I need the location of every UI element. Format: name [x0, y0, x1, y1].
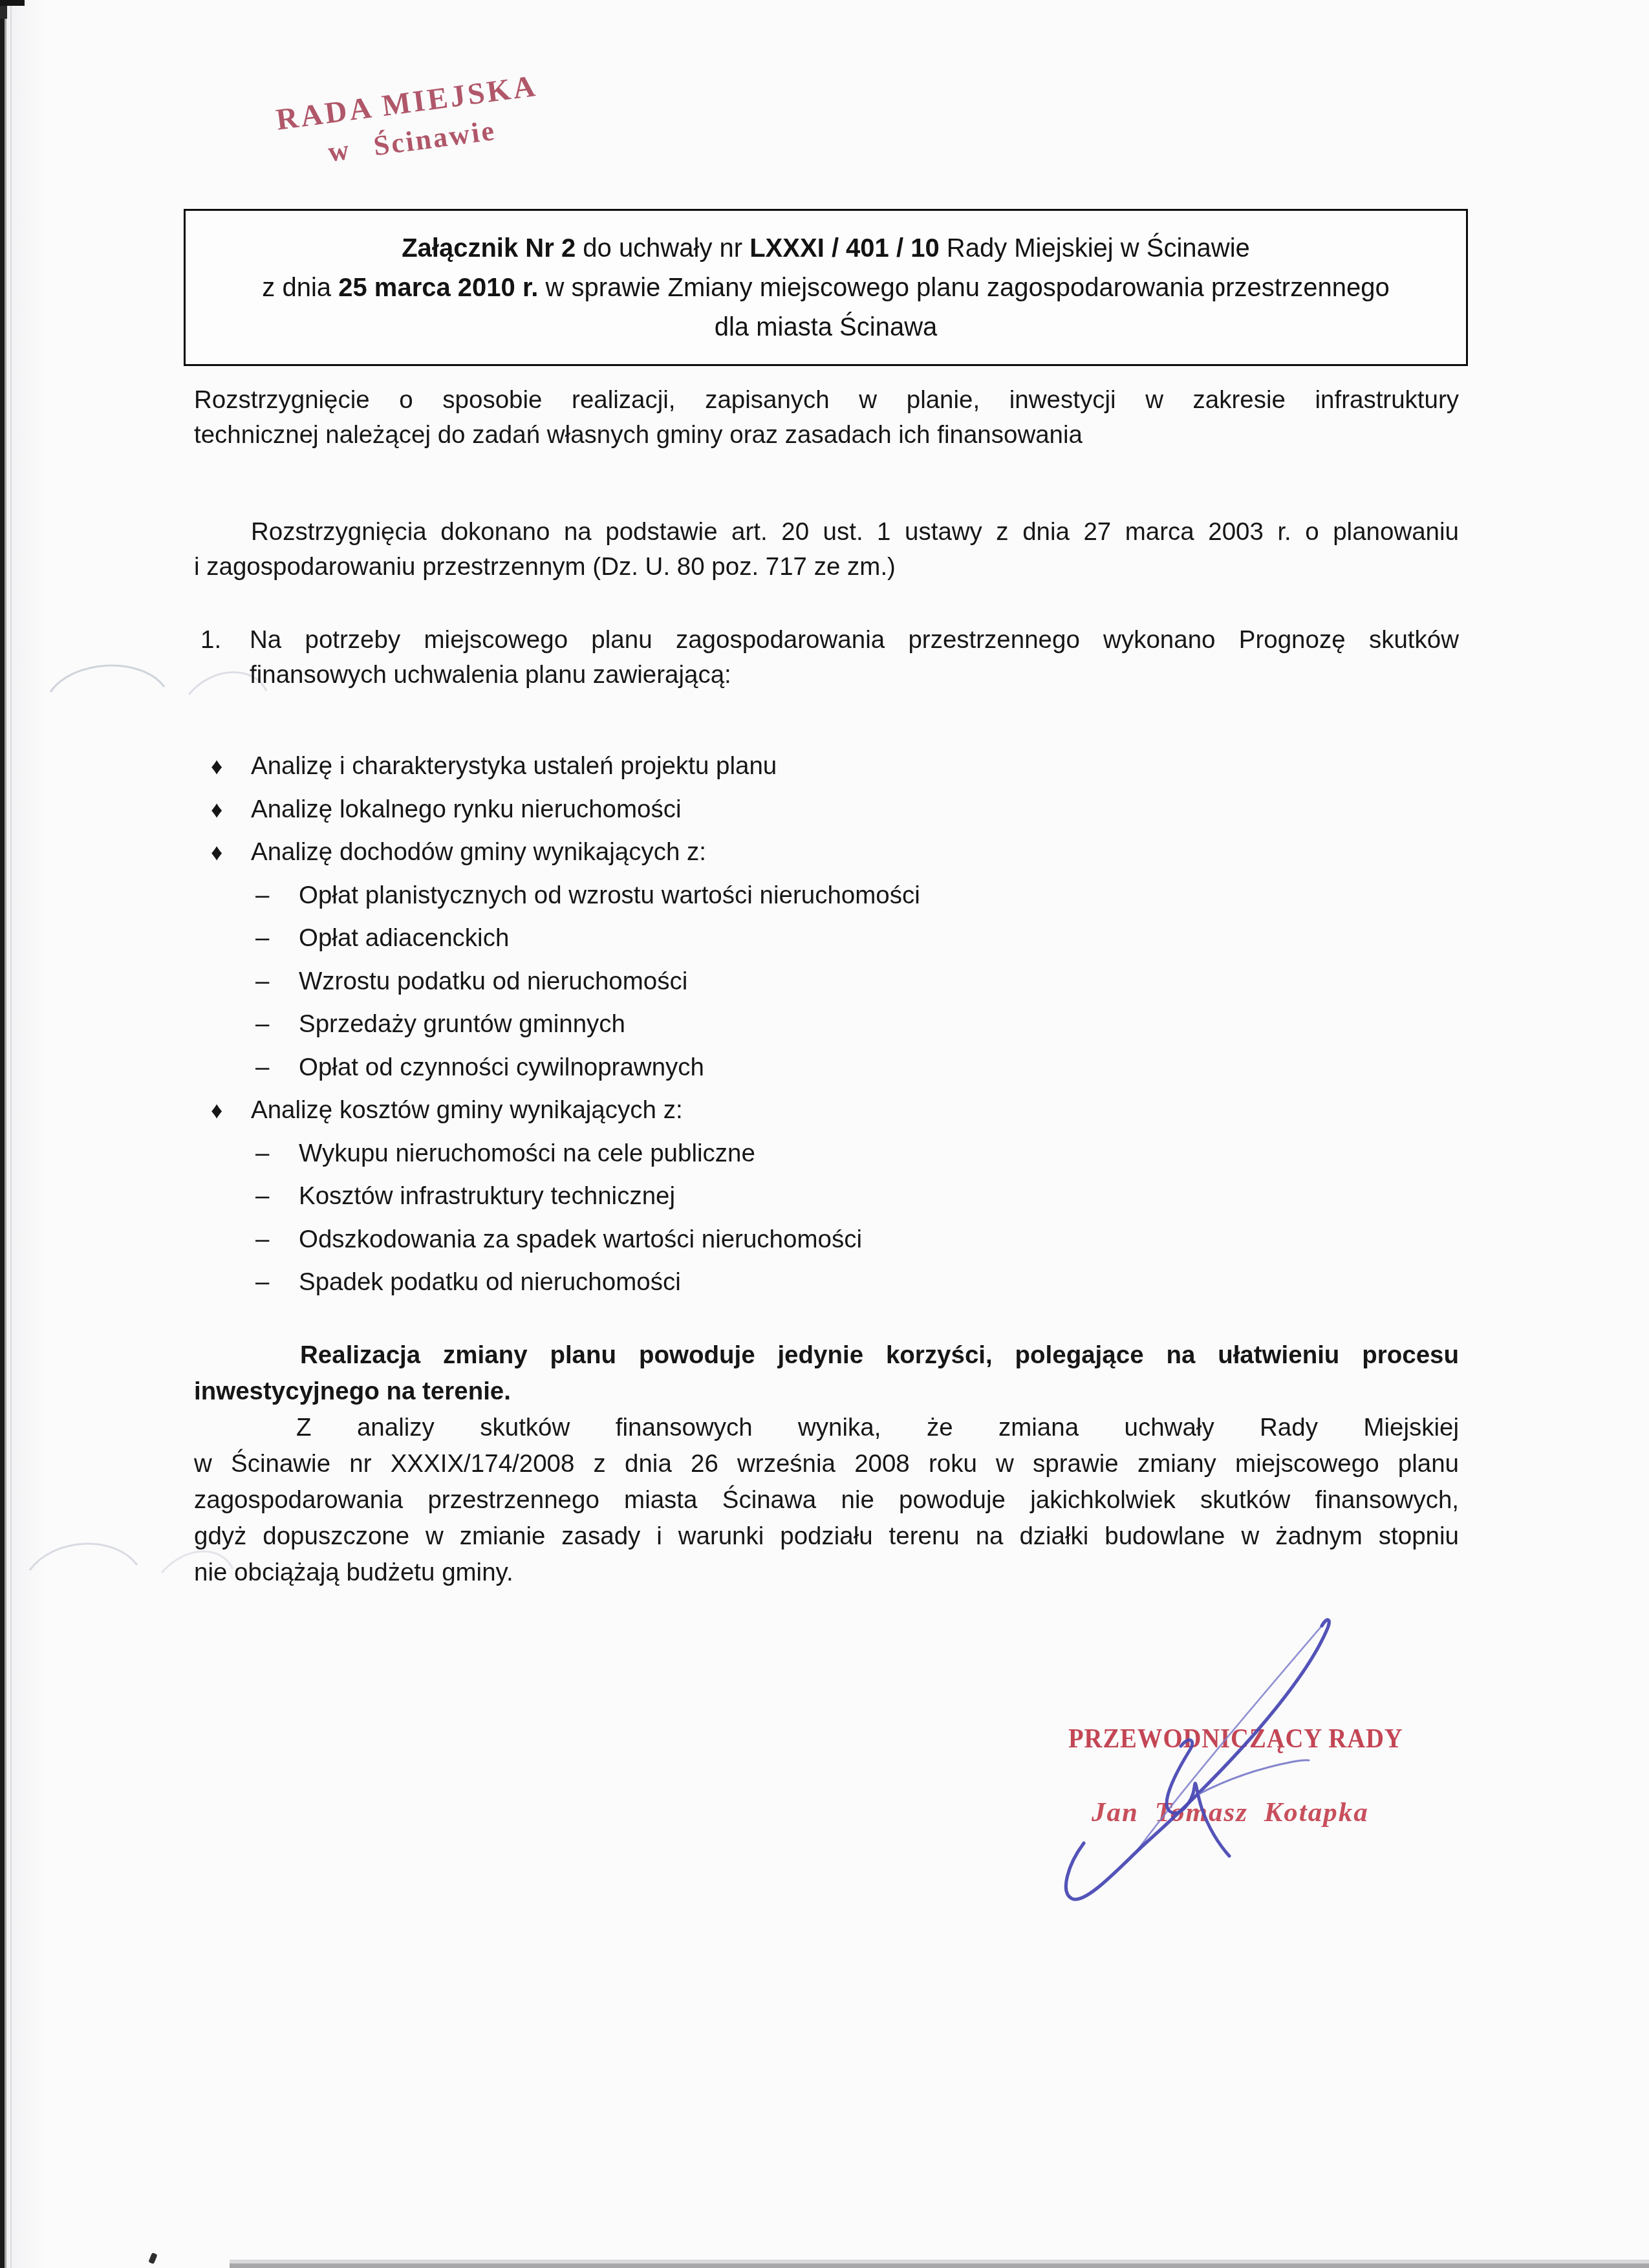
text-line: w Ścinawie nr XXXIX/174/2008 z dnia 26 w… [194, 1446, 1459, 1482]
scan-corner-mark [0, 0, 25, 6]
scan-edge-left [0, 0, 5, 2268]
text-line: inwestycyjnego na terenie. [194, 1374, 1459, 1410]
paragraph-conclusion-bold: Realizacja zmiany planu powoduje jedynie… [194, 1337, 1459, 1410]
list-subitem: –Wykupu nieruchomości na cele publiczne [194, 1132, 1459, 1176]
text-line: Z analizy skutków finansowych wynika, że… [194, 1410, 1459, 1446]
paragraph-intro: Rozstrzygnięcie o sposobie realizacji, z… [194, 383, 1459, 453]
scan-corner-mark [0, 6, 7, 19]
analysis-bullet-list: ♦Analizę i charakterystyka ustaleń proje… [194, 745, 1459, 1304]
dash-bullet-icon: – [255, 1003, 269, 1046]
scan-edge-left-shadow [5, 0, 6, 2268]
list-item: ♦Analizę kosztów gminy wynikających z: [194, 1089, 1459, 1132]
text-line: finansowych uchwalenia planu zawierającą… [250, 658, 1459, 693]
text-line: technicznej należącej do zadań własnych … [194, 418, 1459, 453]
handwritten-signature [1009, 1565, 1397, 1940]
dash-bullet-icon: – [255, 1132, 269, 1176]
dash-bullet-icon: – [255, 960, 269, 1004]
diamond-bullet-icon: ♦ [211, 1089, 222, 1132]
list-subitem: –Sprzedaży gruntów gminnych [194, 1003, 1459, 1046]
attachment-header-box: Załącznik Nr 2 do uchwały nr LXXXI / 401… [184, 209, 1468, 366]
numbered-item-1: 1. Na potrzeby miejscowego planu zagospo… [250, 623, 1459, 693]
list-subitem: –Kosztów infrastruktury technicznej [194, 1175, 1459, 1218]
text-line: Realizacja zmiany planu powoduje jedynie… [194, 1337, 1459, 1374]
item-number: 1. [200, 623, 221, 658]
council-stamp: RADA MIEJSKA w Ścinawie [260, 64, 559, 179]
list-subitem: –Opłat adiacenckich [194, 917, 1459, 960]
list-subitem: –Opłat planistycznych od wzrostu wartośc… [194, 874, 1459, 918]
header-line-1: Załącznik Nr 2 do uchwały nr LXXXI / 401… [192, 229, 1460, 268]
list-item: ♦Analizę dochodów gminy wynikających z: [194, 831, 1459, 874]
text-line: gdyż dopuszczone w zmianie zasady i waru… [194, 1518, 1459, 1555]
list-subitem: –Spadek podatku od nieruchomości [194, 1261, 1459, 1304]
list-subitem: –Opłat od czynności cywilnoprawnych [194, 1046, 1459, 1090]
dash-bullet-icon: – [255, 1261, 269, 1304]
diamond-bullet-icon: ♦ [211, 788, 222, 832]
dash-bullet-icon: – [255, 917, 269, 960]
dash-bullet-icon: – [255, 1218, 269, 1262]
diamond-bullet-icon: ♦ [211, 745, 222, 788]
text-line: zagospodarowania przestrzennego miasta Ś… [194, 1482, 1459, 1518]
list-item: ♦Analizę i charakterystyka ustaleń proje… [194, 745, 1459, 788]
dash-bullet-icon: – [255, 1175, 269, 1218]
list-item: ♦Analizę lokalnego rynku nieruchomości [194, 788, 1459, 832]
text-line: i zagospodarowaniu przestrzennym (Dz. U.… [194, 550, 1459, 585]
paragraph-legal-basis: Rozstrzygnięcia dokonano na podstawie ar… [194, 515, 1459, 585]
list-subitem: –Odszkodowania za spadek wartości nieruc… [194, 1218, 1459, 1262]
dash-bullet-icon: – [255, 1046, 269, 1090]
scan-edge-bottom [230, 2263, 1649, 2268]
paragraph-final: Z analizy skutków finansowych wynika, że… [194, 1410, 1459, 1591]
scanned-document-page: RADA MIEJSKA w Ścinawie Załącznik Nr 2 d… [0, 0, 1649, 2268]
scan-speck [148, 2252, 157, 2264]
text-line: Rozstrzygnięcie o sposobie realizacji, z… [194, 383, 1459, 418]
dash-bullet-icon: – [255, 874, 269, 918]
text-line: Rozstrzygnięcia dokonano na podstawie ar… [194, 515, 1459, 550]
header-line-3: dla miasta Ścinawa [192, 308, 1460, 347]
header-line-2: z dnia 25 marca 2010 r. w sprawie Zmiany… [192, 268, 1460, 308]
paper-edge-line [10, 0, 12, 2268]
text-line: Na potrzeby miejscowego planu zagospodar… [250, 623, 1459, 658]
list-subitem: –Wzrostu podatku od nieruchomości [194, 960, 1459, 1004]
diamond-bullet-icon: ♦ [211, 831, 222, 874]
